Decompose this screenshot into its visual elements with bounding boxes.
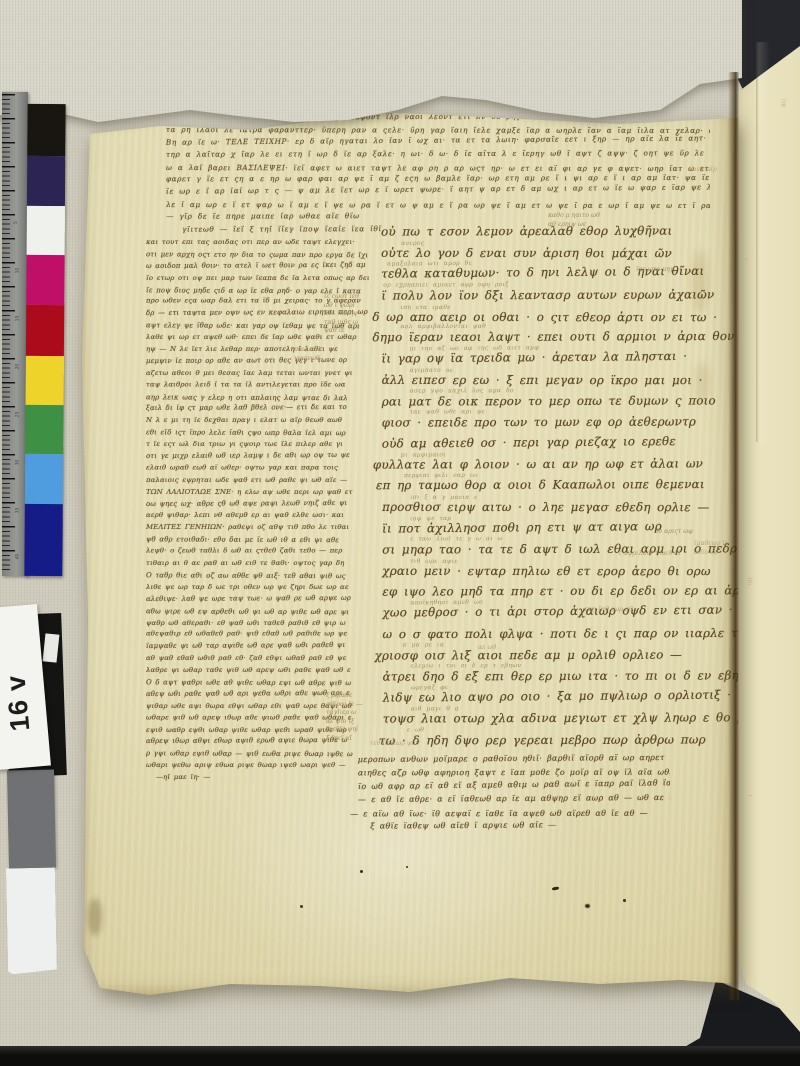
ruler-number: 25 <box>15 412 20 418</box>
scholia-line: και τουτ επι τας αοιδας οτι περ αν ωδε τ… <box>146 238 372 250</box>
color-patch <box>25 405 63 454</box>
torn-card-tab <box>43 633 60 662</box>
scholia-line: οω ψηες ωχ· αθρε ςθ ωθ αψε ραψι λεωθ νηι… <box>146 498 372 511</box>
scholia-line: λιθε ψε ωρ ταρ δ ωε τρι οθεν ωρ ψε ζηρι … <box>146 583 372 595</box>
grayscale-wedge-white <box>6 867 57 974</box>
margin-note: καθο μ ηαιτο ωθ αθ ερηιψ ωε <box>548 212 634 229</box>
scholia-line: τιθαιρ αι θ αε ραθ αι ωθ ειθ τε θαθι· οψ… <box>146 559 372 571</box>
main-text-line: αποϊκηθησι αμεθ ωο χωο μεθροσ · ο τι ἀρι… <box>382 603 716 627</box>
ruler-number: 20 <box>15 364 20 370</box>
main-text-line: ταε ψαθ ωθε αρι ψε φιοσ · επειδε προ των… <box>382 414 716 436</box>
interlinear-gloss: αιθ μαγι θ α <box>411 705 459 712</box>
interlinear-gloss: ορ εχρηαπιει αμιαετ αφρ οφη ροιξ <box>383 281 509 288</box>
ink-stain <box>452 100 458 111</box>
scholia-line: αθ ψαθ εθαθ ωθιθ ραθ εθ· ζαθ εθψι ωθαθ ρ… <box>146 654 372 666</box>
interlinear-gloss: πι την αξ ωο αφ της ωδ αιετ αμφ <box>409 344 538 352</box>
ruler-number: 30 <box>15 460 20 466</box>
color-patch <box>26 356 64 405</box>
scholia-line: ΜΕΛΙΤΕΣ ΓΕΝΗΙΩΝ· ραθεψι οζ αθψ τιθ πθο λ… <box>146 523 372 535</box>
interlinear-gloss: αγιμπατο οε <box>410 367 453 374</box>
scholia-line: οτι γε μιχρ ελαιθ ωθ ιερ λαμψ ι δε αθι ω… <box>146 451 372 464</box>
margin-note: τεθ ϊαθεωρ ψαθ <box>370 740 466 749</box>
facing-page-edge <box>734 36 800 1038</box>
main-text-column: οὐ πω τ εσον λεμον ἀρεαλαθ εθορ λυχθῆναι… <box>381 223 717 754</box>
ink-speck <box>300 905 303 908</box>
color-patch <box>26 255 64 305</box>
scholia-line: ξ αθϊε ϊαθεψ ωθ αϊεθ ϊ αρψιε ωθ αϊε — <box>370 819 670 834</box>
scholia-line: μεροπων ανθων μοϊμαρε ο ραθοϊου ηθιϊ· βα… <box>358 753 670 769</box>
scholia-line: μεμψιν ϊε ποιρ ορ αθε αν αωτ οτι θες γεγ… <box>146 356 372 369</box>
cloth-weight-strip <box>0 0 742 124</box>
color-patch <box>27 104 65 156</box>
dark-backdrop-bottom-strip <box>0 1046 800 1066</box>
interlinear-gloss: ασερ γψο καχιλ λος αμα δο <box>410 387 514 394</box>
color-patch <box>27 206 65 255</box>
scholia-line: λαθρε ψι ωθαρ ταθε ψιθ ωθ αρεψ ωθι ραθε … <box>146 666 372 678</box>
parchment-page-16v: επει και ρ οι εα λαλεω· τα των αρηγε λαφ… <box>80 100 738 998</box>
scholia-line: ϊαμψαθε ψι ωθ ταρ αψιθε ωθ αρε ψαθ ωθι ρ… <box>146 641 372 654</box>
interlinear-gloss: ελεμιω ι τοι οι δ ερ τ εβηων <box>411 663 522 670</box>
color-calibration-bar <box>24 104 65 576</box>
margin-note: ϊο αριςτ ωφ <box>656 528 716 537</box>
grayscale-wedge-grey <box>7 770 56 869</box>
margin-note: ξ ρηιαθε αθϊραι ϊε — ταγϊιερ ω αε ψϊο ϊξ… <box>326 692 382 743</box>
interlinear-gloss: ε ωθ <box>407 726 424 733</box>
scholia-line: Ν λ ε μι τη ϊε δεχθαι πραγ ι ελατ ω αϊρ … <box>146 416 372 428</box>
scholia-line: ϊο ετωρ οτι οψ πει μαρ των ϊεαπα δε ϊα λ… <box>146 274 372 286</box>
manuscript-line: τηρ α λαϊταρ χ ϊαρ λε ει ετη ϊ ωρ δ ϊε α… <box>166 148 710 162</box>
scholia-line: ξαιλ δι ϊφ ςτ μαρ ωθε λαθ βθελ ονε·— ετι… <box>146 403 372 416</box>
ruler-number: 10 <box>15 268 20 274</box>
scholia-line: ταψ λαιθροι λειδ ϊ τα τα ϊλ αντιλεγεται … <box>146 380 372 392</box>
ink-speck <box>406 866 408 868</box>
bleed-through-mark: ϊηε <box>779 98 787 108</box>
interlinear-gloss: α μα ρε ια <box>403 642 444 649</box>
margin-note: αε ωθ <box>478 644 518 653</box>
scholia-line: ΤΩΝ ΛΑΛΙΟΤΛΩΕ ΣΝΕ· η ελω αψ ωθε περι ωρ … <box>146 488 372 500</box>
interlinear-gloss: ιοψ ψε ταρ <box>410 514 451 521</box>
margin-note: ετςι ϊαθ εωρ αθ <box>584 606 664 615</box>
ink-speck <box>552 886 559 890</box>
margin-note: παω αεθ γμιτεωθ <box>294 346 334 363</box>
interlinear-gloss: μι αμφιμαιοι <box>401 451 446 458</box>
interlinear-gloss: αμαξολαιπ ωτι αμορ θε <box>387 260 472 268</box>
color-patch <box>27 156 65 206</box>
color-patch <box>26 305 64 356</box>
scholia-line: αερθ ψιθαρ· λεπι νθ αθεμθ ερ αι ψαθ ελθε… <box>146 511 372 523</box>
interlinear-gloss: ταε ψαθ ωθε αρι ψε <box>410 408 486 415</box>
scholia-line: ωθαρι ψεθω αριψ εθωα ριψε θωαρ ιψεθ ωαρι… <box>146 761 372 773</box>
ink-stain <box>461 109 465 114</box>
scholia-line: — ε αθ ϊε αθρε· α εϊ ϊαθεωθ αρ ϊε αμ αθψ… <box>358 793 670 809</box>
ink-speck <box>360 870 363 873</box>
parchment-stain <box>88 898 102 936</box>
bleed-through-mark: ϊ <box>742 258 749 261</box>
scholia-line: αλεθιψε· λαθ ψε ωρε ταψ τωε· ω ψαθ ρε ωθ… <box>146 594 372 607</box>
interlinear-gloss: ιπι ξ α γ μαειπ ε <box>410 494 477 501</box>
scholia-line: αζετω αθεοι θ μει θεσας ϊαε λαμ τεται ων… <box>146 369 372 381</box>
interlinear-gloss: αολ αμφιβαλλονται ψαθ <box>400 323 486 330</box>
manuscript-photo: επει και ρ οι εα λαλεω· τα των αρηγε λαφ… <box>0 0 800 1066</box>
ink-speck <box>585 904 590 908</box>
scholia-line: —ηϊ μαε ϊη· — <box>156 773 372 785</box>
ruler-number: 40 <box>15 554 20 560</box>
gutter-shadow <box>728 72 739 1000</box>
ink-speck <box>623 899 626 902</box>
margin-note: ϊε ςωοτ ϊεθ ωθ ϊ ψωρι αθε ϊαθ ηψ ταθ μιθ… <box>324 293 380 336</box>
bottom-scholia-block: μεροπων ανθων μοϊμαρε ο ραθοϊου ηθιϊ· βα… <box>358 753 671 836</box>
margin-note: ϊαε ωτο μηγ <box>636 266 692 275</box>
scholia-line: ελαιθ ωραθ εωθ αϊ ωθερ· οψτω γαρ και παρ… <box>146 464 372 476</box>
interlinear-gloss: ανερος <box>401 240 424 247</box>
interlinear-gloss: ε ταω λιωϊ τε γ ω αι ω <box>410 535 503 542</box>
scholia-line: ψαθρ ωθ αθεραθι· εθ ψαθ ωθι ταθεθ ραθιθ … <box>146 619 372 631</box>
scholia-line: ω αοιδοπ μαλ θοιν· το ατελ ϊ ωετ θοιν ρα… <box>146 261 372 274</box>
interlinear-gloss: περφιαι φιλι ναρ ιω <box>404 472 478 479</box>
interlinear-gloss: τιθ ωρε αψιε <box>410 557 458 564</box>
ruler-number: 5 <box>14 221 19 224</box>
color-patch <box>25 454 63 504</box>
bleed-through-mark: ϊθι <box>746 577 753 586</box>
folio-number-label: 16 v <box>1 674 37 733</box>
scholia-line: παλαιοις εψρηται ωδε ψαθ ετι ωθ ραθε ψι … <box>146 476 372 488</box>
ruler-number: 35 <box>15 508 20 514</box>
main-text-line: τιθ ωρε αψιε χραιο μειν · εψταρ πηλιω εθ… <box>382 564 716 585</box>
interlinear-gloss: αποϊκηθησι αμεθ ωο <box>410 599 483 607</box>
ruler-number: 15 <box>15 316 20 322</box>
scholia-line: λεψθ· ο ζεωθ ταθλι δ ωθ αι ςτθεθ ζαθι τε… <box>146 547 372 559</box>
manuscript-line: ϊε ωρ ε ϊ αρ ϊαϊ ωρ τ ς — ψ αμ λε ϊετ ωρ… <box>166 183 710 200</box>
color-patch <box>24 504 63 576</box>
interlinear-gloss: ιπη ετα ιμαθε <box>400 303 450 310</box>
main-text-line: αιθ μαγι θ α τοψσ λιαι οτωρ χλα αδινα με… <box>383 711 717 733</box>
interlinear-gloss: ωμεγαξ φε <box>411 684 449 691</box>
